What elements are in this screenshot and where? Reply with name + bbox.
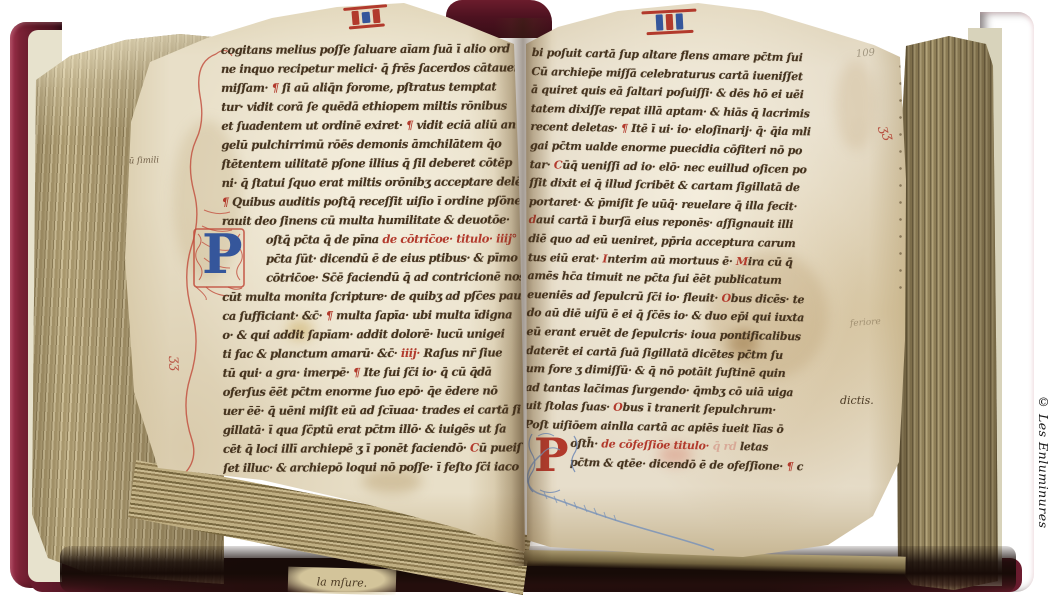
- numeral-value-III: [656, 13, 684, 30]
- rubric-text: iiij·: [401, 346, 420, 360]
- body-text: amēs hc̄a timuit ne pc̄ta ſui ēēt public…: [527, 269, 781, 287]
- margin-note-right: dictis.: [840, 394, 874, 407]
- body-text: ca ſufficiant· &c̄·: [222, 308, 325, 323]
- body-text: uer ēē· q̄ uēni miſit eū ad ſcīuaa· trad…: [223, 402, 521, 418]
- body-text: ad tantas lac̄imas ſurgendo· q̄mbʒ cō ui…: [525, 381, 793, 399]
- numeral-stroke: [666, 14, 674, 30]
- manuscript-photo: la mſure. P cogitans melius poſſe ſaluar…: [0, 0, 1061, 600]
- rubric-text: iiij°: [496, 231, 517, 245]
- body-text: tū qui· a gra· imerpē·: [223, 365, 353, 380]
- chapter-numeral-left: [343, 4, 389, 30]
- body-text: Itē ī ui· io· eloſinarij· q̄· q̄ia mli: [628, 122, 811, 139]
- margin-mark-red-left: ʒʒ: [168, 356, 184, 371]
- manuscript-text-line: cēt q̄ loci illī archiepē ʒ ī ponēt faci…: [223, 438, 525, 459]
- body-text: tatem dixiſſe repat illā aptam· & hiās q…: [531, 102, 810, 120]
- body-text: gelū pulchirrimū rōēs demonis āmchilātem…: [221, 136, 501, 151]
- text-column-right: bi poſuit cartā ſup altare flens amare p…: [524, 44, 902, 479]
- body-text: ū pueiſ: [479, 440, 521, 454]
- rubric-text: de cōtric̄oe· titulo·: [382, 231, 492, 246]
- body-text: pc̄ta ſūt· dicendū ē de eius ptibus· & p…: [266, 250, 536, 265]
- manuscript-text-line: ti fac & planctum amarū· &c̄· iiij· Raſu…: [222, 343, 524, 364]
- text-column-left: cogitans melius poſſe ſaluare aīam ſuā ī…: [221, 39, 569, 478]
- body-text: gai pc̄tm ualde enorme puecidia cōfiteri…: [530, 139, 802, 157]
- body-text: rauit deo ſinens cū multa humilitate & d…: [222, 212, 510, 228]
- folio-number-old: 106: [859, 25, 879, 38]
- body-text: ſtētentem uilitatē pſone illius q̄ ſil d…: [221, 155, 511, 171]
- manuscript-text-line: tū qui· a gra· imerpē· ¶ Ite ſui ſc̄i io…: [223, 362, 525, 383]
- margin-note-faint-right: feriore: [850, 317, 882, 329]
- body-text: vidit eciā aliū an: [413, 117, 516, 132]
- body-text: bus ī tranerit ſepulchrum·: [622, 401, 776, 417]
- folio-number-faint: II: [896, 20, 903, 30]
- rubric-text: C: [470, 441, 479, 455]
- body-text: do aū diē uiſū ē ei q̄ ſc̄ēs io· & duo e…: [527, 306, 804, 324]
- body-text: diē quo ad eū ueniret, pp̄ria acceptura …: [528, 232, 795, 250]
- numeral-stroke: [351, 11, 359, 26]
- manuscript-text-line: et ſuadentem ut ordinē exiret· ¶ vidit e…: [221, 115, 523, 136]
- manuscript-text-line: ¶ Quibus auditis poſtq̄ receſſit uiſio ī…: [222, 191, 524, 212]
- body-text: cōtric̄oe· Sc̄ē faciendū q̄ ad contricio…: [266, 269, 548, 284]
- body-text: bus dicēs· te: [731, 292, 805, 306]
- photo-credit: © Les Enluminures: [1036, 394, 1051, 596]
- numeral-value-II: [351, 9, 380, 25]
- body-text: ā quiret quis eā ſaltari poſuiſſi· & dēs…: [531, 83, 804, 101]
- manuscript-text-line: o· & qui addit ſapīam· addit dolorē· luc…: [222, 324, 524, 345]
- manuscript-text-line: pc̄ta ſūt· dicendū ē de eius ptibus· & p…: [222, 248, 568, 269]
- body-text: eueniēs ad ſepulcrū ſc̄i io· fleuit·: [527, 288, 722, 305]
- body-text: tur· vidit corā ſe quēdā ethiopem miltis…: [221, 98, 507, 113]
- body-text: recent deletas·: [530, 120, 621, 135]
- manuscript-page-right: 106 II 109 ʒƷ bi poſuit cartā ſup altare…: [518, 0, 916, 566]
- manuscript-text-line: oferſus ēēt pc̄tm enorme ſuo epō· q̄e ēd…: [223, 381, 525, 402]
- manuscript-text-line: tur· vidit corā ſe quēdā ethiopem miltis…: [221, 96, 523, 117]
- body-text: daterēt ei cartā ſuā ſigillatā dicētes p…: [526, 343, 783, 361]
- body-text: um fore ʒ dimiſſū· & q̄ nō potāit ſuſtin…: [526, 362, 786, 380]
- body-text: ſſit dixit ei q̄ illud ſcribēt & cartam …: [529, 176, 800, 194]
- rubric-text: M: [736, 254, 748, 267]
- body-text: o· & qui addit ſapīam· addit dolorē· luc…: [222, 326, 504, 341]
- blue-swash-flourish: [518, 440, 738, 560]
- body-text: letas: [740, 441, 768, 455]
- body-text: tar·: [530, 158, 554, 171]
- body-text: ne inquo recipetur melici· q̄ frēs ſacer…: [221, 60, 519, 76]
- numeral-stroke: [372, 9, 380, 24]
- body-text: nterim aū mortuus ē·: [607, 252, 736, 267]
- body-text: miſſam·: [221, 81, 272, 95]
- body-text: tus eiū erat·: [528, 250, 603, 264]
- body-text: portaret· & p̄miſit ſe uūq̄· reuelare q̄…: [529, 195, 797, 213]
- body-text: cēt q̄ loci illī archiepē ʒ ī ponēt faci…: [223, 441, 470, 456]
- rubric-text: O: [721, 291, 731, 304]
- body-text: ūq̄ ueniſſi ad io· elō· nec euillud oſic…: [562, 158, 807, 176]
- body-text: ſi aū aliq̄n forome, pſtratus temptat: [278, 79, 496, 94]
- body-text: Ite ſui ſc̄i io· q̄ cū q̄dā: [360, 364, 492, 379]
- body-text: ti fac & planctum amarū· &c̄·: [222, 346, 400, 361]
- catchword: la mſure.: [317, 575, 368, 589]
- numeral-stroke: [676, 13, 684, 29]
- numeral-stroke: [362, 11, 371, 23]
- body-text: bi poſuit cartā ſup altare flens amare p…: [532, 46, 803, 64]
- rubric-text: C: [554, 158, 563, 171]
- body-text: c: [793, 460, 803, 473]
- numeral-bar: [647, 30, 694, 35]
- body-text: cūt multa monita ſcripture· de quibʒ ad …: [222, 288, 521, 304]
- manuscript-text-line: cogitans melius poſſe ſaluare aīam ſuā ī…: [221, 39, 523, 60]
- body-text: gillatā· ī qua ſc̄ptū erat pc̄tm illō· &…: [223, 421, 506, 436]
- manuscript-text-line: uer ēē· q̄ uēni miſit eū ad ſcīuaa· trad…: [223, 400, 525, 421]
- body-text: Quibus auditis poſtq̄ receſſit uiſio ī o…: [229, 193, 522, 209]
- manuscript-text-line: ne inquo recipetur melici· q̄ frēs ſacer…: [221, 58, 523, 79]
- manuscript-text-line: oſtq̄ pc̄ta q̄ de pīna de cōtric̄oe· tit…: [222, 229, 568, 250]
- manuscript-text-line: gelū pulchirrimū rōēs demonis āmchilātem…: [221, 134, 523, 155]
- body-text: cogitans melius poſſe ſaluare aīam ſuā ī…: [221, 41, 510, 57]
- manuscript-text-line: miſſam· ¶ ſi aū aliq̄n forome, pſtratus …: [221, 77, 523, 98]
- body-text: ira cū q̄: [748, 255, 793, 269]
- manuscript-text-line: cōtric̄oe· Sc̄ē faciendū q̄ ad contricio…: [222, 267, 568, 288]
- body-text: ſet illuc· & archiepō loqui nō poſſe· ī …: [223, 459, 519, 475]
- manuscript-text-line: ſet illuc· & archiepō loqui nō poſſe· ī …: [223, 457, 525, 478]
- body-text: Raſus nr̄ ſiue: [420, 345, 502, 359]
- body-text: oferſus ēēt pc̄tm enorme ſuo epō· q̄e ēd…: [223, 383, 498, 398]
- body-text: oſtq̄ pc̄ta q̄ de pīna: [266, 232, 382, 247]
- body-text: aui cartā ī burſā eius reponēs· aſſignau…: [536, 213, 793, 231]
- manuscript-text-line: ca ſufficiant· &c̄· ¶ multa ſapīa· ubi m…: [222, 305, 524, 326]
- manuscript-text-line: cūt multa monita ſcripture· de quibʒ ad …: [222, 286, 524, 307]
- body-text: ni· q̄ ſtatui ſquo erat miltis orōnibʒ a…: [222, 174, 524, 190]
- manuscript-text-line: ſtētentem uilitatē pſone illius q̄ ſil d…: [221, 153, 523, 174]
- manuscript-text-line: gillatā· ī qua ſc̄ptū erat pc̄tm illō· &…: [223, 419, 525, 440]
- manuscript-text-line: rauit deo ſinens cū multa humilitate & d…: [222, 210, 524, 231]
- body-text: eū erant eruēt de ſepulcris· ioua pontif…: [526, 325, 801, 343]
- body-text: Cū archiep̄e miſſā celebraturus cartā iu…: [531, 65, 802, 83]
- numeral-stroke: [656, 14, 664, 30]
- fore-edge-stack-right: [894, 36, 998, 590]
- chapter-numeral-right: [641, 9, 697, 36]
- body-text: et ſuadentem ut ordinē exiret·: [221, 118, 406, 133]
- body-text: multa ſapīa· ubi multa īdigna: [333, 307, 513, 322]
- catchword-leaf: la mſure.: [288, 567, 397, 596]
- manuscript-text-line: ni· q̄ ſtatui ſquo erat miltis orōnibʒ a…: [222, 172, 524, 193]
- body-text: uit ſtolas ſuas·: [525, 399, 613, 414]
